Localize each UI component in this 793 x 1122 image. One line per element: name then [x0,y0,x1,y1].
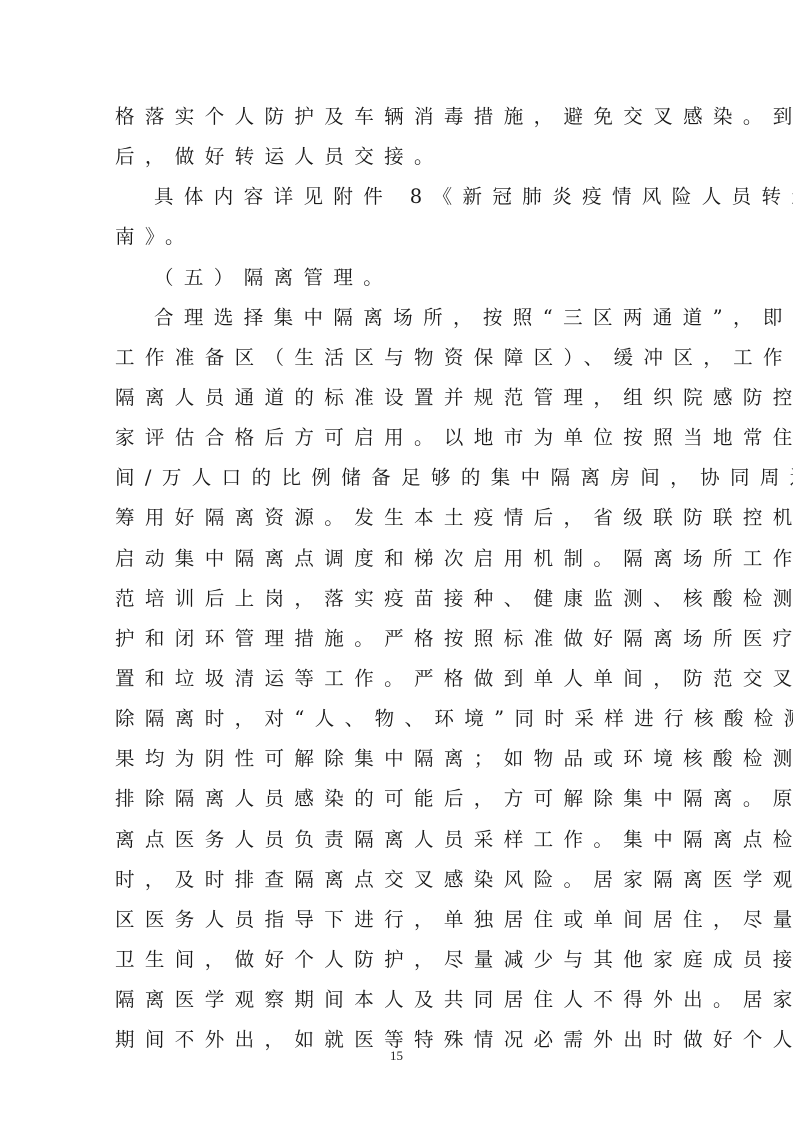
text-line: 家评估合格后方可启用。以地市为单位按照当地常住人口 60 [115,418,687,458]
text-line: 范培训后上岗，落实疫苗接种、健康监测、核酸检测、个人防 [115,579,687,619]
text-line: 护和闭环管理措施。严格按照标准做好隔离场所医疗废物的处 [115,619,687,659]
section-heading: （五）隔离管理。 [115,258,687,298]
text-line: 后，做好转运人员交接。 [115,137,687,177]
page-number: 15 [0,1048,793,1064]
text-line: 时，及时排查隔离点交叉感染风险。居家隔离医学观察应在社 [115,860,687,900]
text-line: 置和垃圾清运等工作。严格做到单人单间，防范交叉感染。解 [115,659,687,699]
text-line: 除隔离时，对“人、物、环境”同时采样进行核酸检测，如结 [115,699,687,739]
text-line: 格落实个人防护及车辆消毒措施，避免交叉感染。到达隔离点 [115,97,687,137]
text-line: 果均为阴性可解除集中隔离；如物品或环境核酸检测阳性，在 [115,739,687,779]
text-line: 间/万人口的比例储备足够的集中隔离房间，协同周边城市统 [115,458,687,498]
text-line: 区医务人员指导下进行，单独居住或单间居住，尽量使用单独 [115,900,687,940]
text-line: 排除隔离人员感染的可能后，方可解除集中隔离。原则上由隔 [115,779,687,819]
text-line: 启动集中隔离点调度和梯次启用机制。隔离场所工作人员应规 [115,539,687,579]
text-line: 工作准备区（生活区与物资保障区）、缓冲区，工作人员通道、 [115,338,687,378]
paragraph-start-line: 具体内容详见附件 8《新冠肺炎疫情风险人员转运工作指 [115,177,687,217]
text-line: 卫生间，做好个人防护，尽量减少与其他家庭成员接触，居家 [115,940,687,980]
text-line: 隔离医学观察期间本人及共同居住人不得外出。居家健康监测 [115,980,687,1020]
paragraph-start-line: 合理选择集中隔离场所，按照“三区两通道”，即隔离区、 [115,298,687,338]
text-line: 隔离人员通道的标准设置并规范管理，组织院感防控等领域专 [115,378,687,418]
text-line: 南》。 [115,217,687,257]
text-line: 离点医务人员负责隔离人员采样工作。集中隔离点检出阳性 [115,820,687,860]
document-body: 格落实个人防护及车辆消毒措施，避免交叉感染。到达隔离点 后，做好转运人员交接。 … [115,97,687,1060]
text-line: 筹用好隔离资源。发生本土疫情后，省级联防联控机制应立即 [115,498,687,538]
document-page: 格落实个人防护及车辆消毒措施，避免交叉感染。到达隔离点 后，做好转运人员交接。 … [0,0,793,1122]
